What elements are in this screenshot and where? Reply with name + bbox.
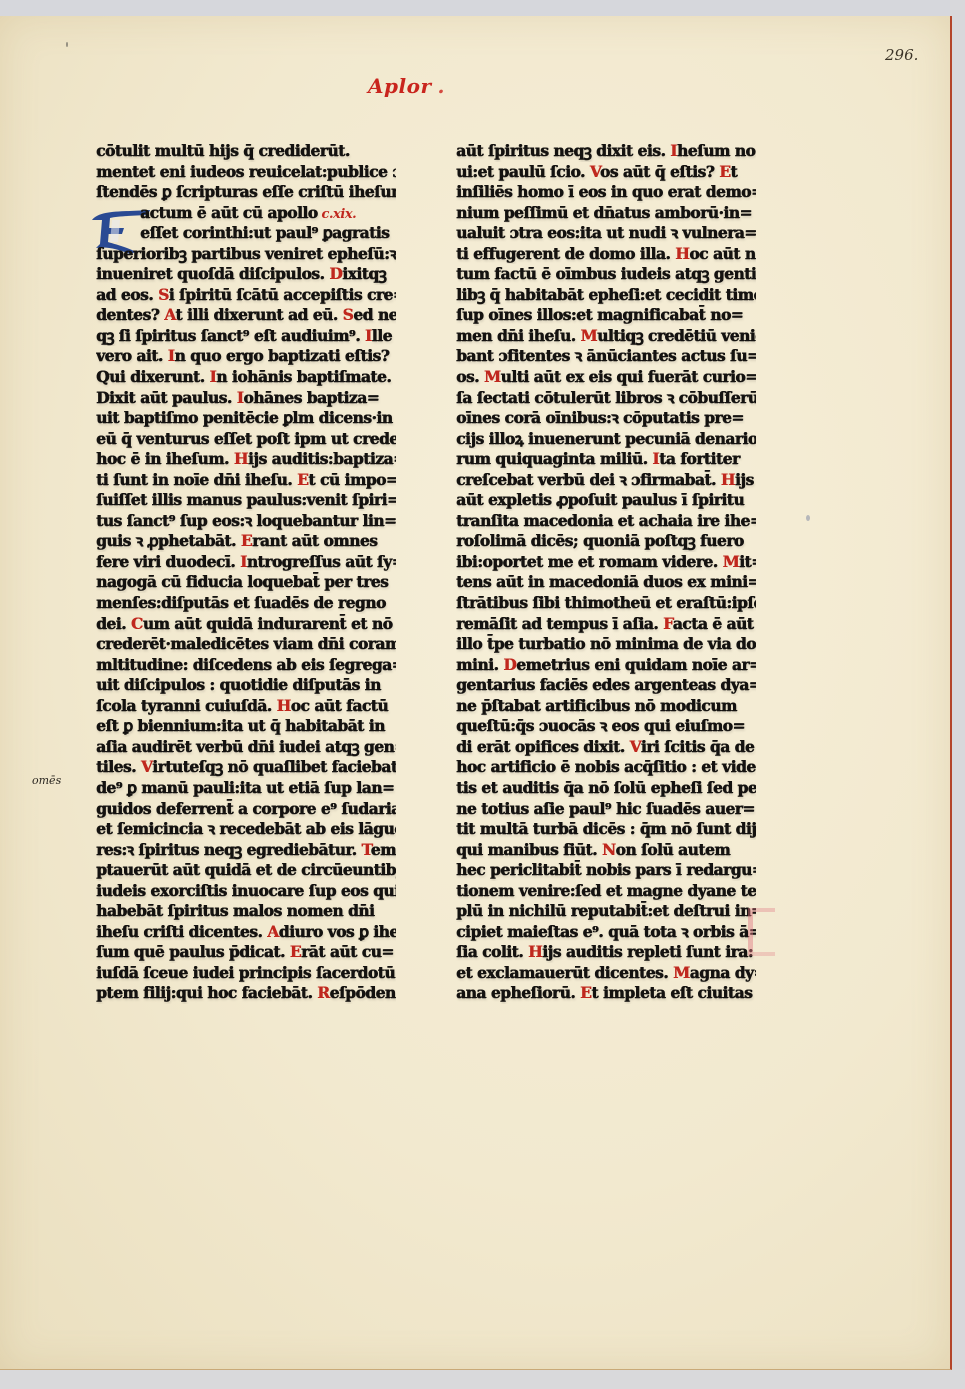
text-line: creſcebat verbū dei ꝛ ɔfirmabat̄. Hijs — [456, 470, 756, 491]
text-line: libꝫ q̄ habitabāt epheſi:et cecidit timo… — [456, 285, 756, 306]
line-text: cōtulit multū hijs q̄ crediderūt. — [96, 142, 350, 160]
line-text: ſia colit. Hijs auditis repleti ſunt ira… — [456, 943, 753, 961]
text-line: ſtendēs ꝑ ſcripturas eſſe criſtū iheſum. — [96, 182, 396, 203]
line-text: cijs illoꝝ inuenerunt pecuniā denario= — [456, 430, 756, 448]
line-text: guidos deferrent̄ a corpore e⁹ ſudaria — [96, 800, 396, 818]
line-text: aūt expletis ꝓpoſuit paulus ī ſpiritu — [456, 491, 744, 509]
line-text: ibi:oportet me et romam videre. Mit= — [456, 553, 756, 571]
line-text: et exclamauerūt dicentes. Magna dy= — [456, 964, 756, 982]
marginal-annotation: omēs — [32, 774, 61, 787]
line-text: eſſet corinthi:ut paul⁹ ꝑagratis — [140, 224, 389, 242]
text-line: inſiliēs homo ī eos in quo erat demo= — [456, 182, 756, 203]
text-line: tum factū ē oīmbus iudeis atqꝫ genti= — [456, 264, 756, 285]
rubricated-capital: M — [673, 964, 690, 982]
text-line: nagogā cū fiducia loquebat̄ per tres — [96, 572, 396, 593]
line-text: inueniret quoſdā diſcipulos. Dixitqꝫ — [96, 265, 386, 283]
line-text: creſcebat verbū dei ꝛ ɔfirmabat̄. Hijs — [456, 471, 754, 489]
folio-number: 296. — [885, 46, 918, 64]
line-text: ptem filij:qui hoc faciebāt. Reſpōdens — [96, 984, 396, 1002]
line-text: queſtū:q̄s ɔuocās ꝛ eos qui eiuſmo= — [456, 717, 745, 735]
text-line: men dn̄i iheſu. Multiqꝫ credētiū venie= — [456, 326, 756, 347]
text-line: vero ait. In quo ergo baptizati eſtis? — [96, 346, 396, 367]
text-line: eū q̄ venturus eſſet poſt ipm ut credere… — [96, 429, 396, 450]
line-text: aūt ſpiritus neqꝫ dixit eis. Iheſum no= — [456, 142, 756, 160]
rubricated-capital: D — [503, 656, 516, 674]
line-text: mini. Demetrius eni quidam noīe ar= — [456, 656, 756, 674]
text-line: rum quiquaginta miliū. Ita fortiter — [456, 449, 756, 470]
rubricated-capital: H — [675, 245, 689, 263]
line-text: tionem venire:ſed et magne dyane tem= — [456, 882, 756, 900]
rubricated-capital: E — [580, 984, 591, 1002]
parchment-speck — [806, 515, 810, 521]
text-line: uit baptiſmo penitēcie ꝑlm dicens·in — [96, 408, 396, 429]
text-column-left: cōtulit multū hijs q̄ crediderūt. mentet… — [96, 141, 396, 1004]
rubricated-capital: V — [590, 163, 600, 181]
line-text: roſolimā dicēs; quoniā poſtqꝫ fuero — [456, 532, 744, 550]
line-text: eū q̄ venturus eſſet poſt ipm ut credere… — [96, 430, 396, 448]
line-text: hoc artificio ē nobis acq̄ſitio : et vid… — [456, 758, 756, 776]
text-line: tionem venire:ſed et magne dyane tem= — [456, 881, 756, 902]
rubricated-capital: I — [365, 327, 372, 345]
rubricated-capital: I — [237, 389, 244, 407]
text-line: ad eos. Si ſpiritū ſcātū accepiſtis cre= — [96, 285, 396, 306]
rubricated-capital: H — [721, 471, 735, 489]
line-text: res:ꝛ ſpiritus neqꝫ egrediebātur. Tem= — [96, 841, 396, 859]
text-line: tiles. Virtuteſqꝫ nō quaſlibet faciebat — [96, 757, 396, 778]
running-head: Aplor. — [368, 74, 445, 98]
rubricated-capital: N — [602, 841, 616, 859]
rubricated-capital: E — [297, 471, 308, 489]
line-text: Dixit aūt paulus. Iohānes baptiza= — [96, 389, 379, 407]
text-line: ne totius aſie paul⁹ hic ſuadēs auer= — [456, 799, 756, 820]
line-text: ſtrātibus ſibi thimotheū et eraſtū:ipſe — [456, 594, 756, 612]
line-text: ti effugerent de domo illa. Hoc aūt no= — [456, 245, 756, 263]
text-line: ptem filij:qui hoc faciebāt. Reſpōdens — [96, 983, 396, 1004]
rubricated-capital: A — [164, 306, 175, 324]
rubricated-capital: V — [630, 738, 641, 756]
text-line: ana epheſiorū. Et impleta eſt ciuitas — [456, 983, 756, 1004]
line-text: mentet eni iudeos reuicelat:publice ɔ= — [96, 163, 396, 181]
text-line: tis et auditis q̄a nō ſolū epheſi ſed pe… — [456, 778, 756, 799]
line-text: ana epheſiorū. Et impleta eſt ciuitas — [456, 984, 752, 1002]
rubricated-capital: E — [290, 943, 301, 961]
rubricated-capital: H — [234, 450, 248, 468]
line-text: vero ait. In quo ergo baptizati eſtis? — [96, 347, 389, 365]
text-line: illo t̄pe turbatio nō minima de via do= — [456, 634, 756, 655]
line-text: ſuiſſet illis manus paulus:venit ſpiri= — [96, 491, 396, 509]
running-head-title: Aplor — [368, 74, 431, 98]
line-text: hoc ē in iheſum. Hijs auditis:baptiza= — [96, 450, 396, 468]
text-line: hoc artificio ē nobis acq̄ſitio : et vid… — [456, 757, 756, 778]
line-text: tis et auditis q̄a nō ſolū epheſi ſed pe… — [456, 779, 756, 797]
line-text: ptauerūt aūt quidā et de circūeuntibꝫ — [96, 861, 396, 879]
rubricated-capital: A — [267, 923, 279, 941]
line-text: dei. Cum aūt quidā indurarent̄ et nō — [96, 615, 392, 633]
line-text: gentarius faciēs edes argenteas dya= — [456, 676, 756, 694]
rubricated-capital: E — [241, 532, 252, 550]
scan-backdrop-right — [950, 0, 965, 1389]
line-text: eſt ꝑ biennium:ita ut q̄ habitabāt in — [96, 717, 385, 735]
rubricated-capital: S — [343, 306, 354, 324]
line-text: bant ɔfitentes ꝛ ānūciantes actus ſu= — [456, 347, 756, 365]
text-line: hec periclitabit̄ nobis pars ī redargu= — [456, 860, 756, 881]
line-text: ſcola tyranni cuiuſdā. Hoc aūt factū — [96, 697, 388, 715]
line-text: guis ꝛ ꝓphetabāt. Erant aūt omnes — [96, 532, 377, 550]
text-line: cijs illoꝝ inuenerunt pecuniā denario= — [456, 429, 756, 450]
rubricated-capital: V — [141, 758, 152, 776]
text-column-right: aūt ſpiritus neqꝫ dixit eis. Iheſum no=u… — [456, 141, 756, 1004]
line-text: inſiliēs homo ī eos in quo erat demo= — [456, 183, 756, 201]
text-line: actum ē aūt cū apolloc.xix. — [96, 203, 396, 224]
text-line: uit diſcipulos : quotidie diſputās in — [96, 675, 396, 696]
rubricated-capital: I — [168, 347, 175, 365]
line-text: remāſit ad tempus ī aſia. Facta ē aūt — [456, 615, 753, 633]
text-line: ſup oīnes illos:et magnificabat̄ no= — [456, 305, 756, 326]
text-line: fere viri duodecī. Introgreſſus aūt ſy= — [96, 552, 396, 573]
text-line: hoc ē in iheſum. Hijs auditis:baptiza= — [96, 449, 396, 470]
text-line: tens aūt in macedoniā duos ex mini= — [456, 572, 756, 593]
rubricated-capital: M — [580, 327, 597, 345]
rubricated-capital: M — [484, 368, 501, 386]
line-text: plū in nichilū reputabit̄:et deſtrui in= — [456, 902, 756, 920]
text-line: iuſdā ſceue iudei principis ſacerdotū ſe… — [96, 963, 396, 984]
chapter-marker: c.xix. — [322, 207, 357, 222]
line-text: tus ſanct⁹ ſup eos:ꝛ loquebantur lin= — [96, 512, 396, 530]
text-line: ti ſunt in noīe dn̄i iheſu. Et cū impo= — [96, 470, 396, 491]
line-text: crederēt·maledicētes viam dn̄i coram — [96, 635, 396, 653]
line-text: hec periclitabit̄ nobis pars ī redargu= — [456, 861, 756, 879]
line-text: de⁹ ꝑ manū pauli:ita ut etiā ſup lan= — [96, 779, 394, 797]
text-line: inueniret quoſdā diſcipulos. Dixitqꝫ — [96, 264, 396, 285]
line-text: iudeis exorciſtis inuocare ſup eos qui — [96, 882, 396, 900]
text-line: di erāt opifices dixit. Viri ſcitis q̄a … — [456, 737, 756, 758]
line-text: ui:et paulū ſcio. Vos aūt q̄ eſtis? Et — [456, 163, 737, 181]
text-line: tranſita macedonia et achaia ire ihe= — [456, 511, 756, 532]
text-line: habebāt ſpiritus malos nomen dn̄i — [96, 901, 396, 922]
text-line: et exclamauerūt dicentes. Magna dy= — [456, 963, 756, 984]
line-text: fere viri duodecī. Introgreſſus aūt ſy= — [96, 553, 396, 571]
line-text: ſum quē paulus p̄dicat. Erāt aūt cu= — [96, 943, 394, 961]
rubricated-capital: R — [317, 984, 329, 1002]
line-text: uit baptiſmo penitēcie ꝑlm dicens·in — [96, 409, 392, 427]
text-line: cipiet maieſtas e⁹. quā tota ꝛ orbis ā= — [456, 922, 756, 943]
line-text: tiles. Virtuteſqꝫ nō quaſlibet faciebat — [96, 758, 396, 776]
text-line: oīnes corā oīnibus:ꝛ cōputatis pre= — [456, 408, 756, 429]
rubricated-capital: I — [209, 368, 216, 386]
text-line: qꝫ ſi ſpiritus ſanct⁹ eſt audiuim⁹. Ille — [96, 326, 396, 347]
text-line: cōtulit multū hijs q̄ crediderūt. — [96, 141, 396, 162]
text-line: ſuperioribꝫ partibus veniret epheſū:ꝛ — [96, 244, 396, 265]
text-line: tus ſanct⁹ ſup eos:ꝛ loquebantur lin= — [96, 511, 396, 532]
text-line: de⁹ ꝑ manū pauli:ita ut etiā ſup lan= — [96, 778, 396, 799]
line-text: nium peſſimū et dn̄atus amborū·in= — [456, 204, 752, 222]
text-line: ptauerūt aūt quidā et de circūeuntibꝫ — [96, 860, 396, 881]
text-line: ſuiſſet illis manus paulus:venit ſpiri= — [96, 490, 396, 511]
line-text: ſup oīnes illos:et magnificabat̄ no= — [456, 306, 743, 324]
line-text: menſes:diſputās et ſuadēs de regno — [96, 594, 386, 612]
line-text: ſa ſectati cōtulerūt libros ꝛ cōbuſſerūt — [456, 389, 756, 407]
line-text: tit multā turbā dicēs : q̄m nō ſunt dij — [456, 820, 756, 838]
line-text: qꝫ ſi ſpiritus ſanct⁹ eſt audiuim⁹. Ille — [96, 327, 392, 345]
text-line: res:ꝛ ſpiritus neqꝫ egrediebātur. Tem= — [96, 840, 396, 861]
text-line: Dixit aūt paulus. Iohānes baptiza= — [96, 388, 396, 409]
scan-backdrop-bottom — [0, 1369, 965, 1389]
line-text: ne p̄ſtabat artificibus nō modicum — [456, 697, 737, 715]
text-line: mltitudine: diſcedens ab eis ſegrega= — [96, 655, 396, 676]
line-text: rum quiquaginta miliū. Ita fortiter — [456, 450, 740, 468]
text-line: menſes:diſputās et ſuadēs de regno — [96, 593, 396, 614]
text-line: remāſit ad tempus ī aſia. Facta ē aūt — [456, 614, 756, 635]
text-line: mentet eni iudeos reuicelat:publice ɔ= — [96, 162, 396, 183]
text-line: aūt ſpiritus neqꝫ dixit eis. Iheſum no= — [456, 141, 756, 162]
text-line: nium peſſimū et dn̄atus amborū·in= — [456, 203, 756, 224]
text-line: ſia colit. Hijs auditis repleti ſunt ira… — [456, 942, 756, 963]
text-line: aūt expletis ꝓpoſuit paulus ī ſpiritu — [456, 490, 756, 511]
text-line: ne p̄ſtabat artificibus nō modicum — [456, 696, 756, 717]
text-line: ui:et paulū ſcio. Vos aūt q̄ eſtis? Et — [456, 162, 756, 183]
parchment-speck — [66, 42, 68, 47]
rubricated-capital: I — [670, 142, 677, 160]
rubricated-capital: M — [722, 553, 739, 571]
line-text: cipiet maieſtas e⁹. quā tota ꝛ orbis ā= — [456, 923, 756, 941]
line-text: libꝫ q̄ habitabāt epheſi:et cecidit timo… — [456, 286, 756, 304]
line-text: ne totius aſie paul⁹ hic ſuadēs auer= — [456, 800, 755, 818]
line-text: ſtendēs ꝑ ſcripturas eſſe criſtū iheſum. — [96, 183, 396, 201]
line-text: tens aūt in macedoniā duos ex mini= — [456, 573, 756, 591]
text-line: ſtrātibus ſibi thimotheū et eraſtū:ipſe — [456, 593, 756, 614]
line-text: qui manibus fiūt. Non ſolū autem — [456, 841, 730, 859]
rubricated-capital: I — [240, 553, 247, 571]
rubricated-capital: C — [131, 615, 143, 633]
line-text: ſuperioribꝫ partibus veniret epheſū:ꝛ — [96, 245, 396, 263]
text-line: ſcola tyranni cuiuſdā. Hoc aūt factū — [96, 696, 396, 717]
text-line: os. Multi aūt ex eis qui fuerāt curio= — [456, 367, 756, 388]
text-line: guis ꝛ ꝓphetabāt. Erant aūt omnes — [96, 531, 396, 552]
line-text: ad eos. Si ſpiritū ſcātū accepiſtis cre= — [96, 286, 396, 304]
text-line: tit multā turbā dicēs : q̄m nō ſunt dij — [456, 819, 756, 840]
text-line: plū in nichilū reputabit̄:et deſtrui in= — [456, 901, 756, 922]
line-text: Qui dixerunt. In iohānis baptiſmate. — [96, 368, 391, 386]
text-line: ſa ſectati cōtulerūt libros ꝛ cōbuſſerūt — [456, 388, 756, 409]
rubricated-capital: F — [663, 615, 673, 633]
text-line: ualuit ɔtra eos:ita ut nudi ꝛ vulnera= — [456, 223, 756, 244]
line-text: actum ē aūt cū apollo — [140, 204, 318, 222]
line-text: tum factū ē oīmbus iudeis atqꝫ genti= — [456, 265, 756, 283]
line-text: et ſemicincia ꝛ recedebāt ab eis lāguo= — [96, 820, 396, 838]
text-line: guidos deferrent̄ a corpore e⁹ ſudaria — [96, 799, 396, 820]
text-line: queſtū:q̄s ɔuocās ꝛ eos qui eiuſmo= — [456, 716, 756, 737]
running-head-mark: . — [437, 74, 444, 98]
text-line: ti effugerent de domo illa. Hoc aūt no= — [456, 244, 756, 265]
line-text: men dn̄i iheſu. Multiqꝫ credētiū venie= — [456, 327, 756, 345]
rubricated-capital: D — [329, 265, 342, 283]
line-text: mltitudine: diſcedens ab eis ſegrega= — [96, 656, 396, 674]
text-line: qui manibus fiūt. Non ſolū autem — [456, 840, 756, 861]
text-line: Qui dixerunt. In iohānis baptiſmate. — [96, 367, 396, 388]
rubricated-capital: T — [361, 841, 370, 859]
text-line: ſum quē paulus p̄dicat. Erāt aūt cu= — [96, 942, 396, 963]
line-text: aſia audirēt verbū dn̄i iudei atqꝫ gen= — [96, 738, 396, 756]
text-line: bant ɔfitentes ꝛ ānūciantes actus ſu= — [456, 346, 756, 367]
text-line: eſt ꝑ biennium:ita ut q̄ habitabāt in — [96, 716, 396, 737]
rubricated-capital: H — [528, 943, 542, 961]
text-line: et ſemicincia ꝛ recedebāt ab eis lāguo= — [96, 819, 396, 840]
text-line: dei. Cum aūt quidā indurarent̄ et nō — [96, 614, 396, 635]
line-text: dentes? At illi dixerunt ad eū. Sed ne= — [96, 306, 396, 324]
line-text: di erāt opifices dixit. Viri ſcitis q̄a … — [456, 738, 754, 756]
line-text: iheſu criſti dicentes. Adiuro vos ꝑ ihe= — [96, 923, 396, 941]
text-line: mini. Demetrius eni quidam noīe ar= — [456, 655, 756, 676]
text-line: iheſu criſti dicentes. Adiuro vos ꝑ ihe= — [96, 922, 396, 943]
offset-ink-mark — [748, 908, 775, 956]
rubricated-capital: H — [276, 697, 290, 715]
line-text: ualuit ɔtra eos:ita ut nudi ꝛ vulnera= — [456, 224, 756, 242]
line-text: os. Multi aūt ex eis qui fuerāt curio= — [456, 368, 756, 386]
line-text: illo t̄pe turbatio nō minima de via do= — [456, 635, 756, 653]
line-text: ti ſunt in noīe dn̄i iheſu. Et cū impo= — [96, 471, 396, 489]
text-line: gentarius faciēs edes argenteas dya= — [456, 675, 756, 696]
line-text: nagogā cū fiducia loquebat̄ per tres — [96, 573, 388, 591]
rubricated-capital: I — [652, 450, 659, 468]
text-line: dentes? At illi dixerunt ad eū. Sed ne= — [96, 305, 396, 326]
text-line: ibi:oportet me et romam videre. Mit= — [456, 552, 756, 573]
line-text: oīnes corā oīnibus:ꝛ cōputatis pre= — [456, 409, 744, 427]
rubricated-capital: S — [158, 286, 169, 304]
text-line: crederēt·maledicētes viam dn̄i coram — [96, 634, 396, 655]
text-line: aſia audirēt verbū dn̄i iudei atqꝫ gen= — [96, 737, 396, 758]
text-line: roſolimā dicēs; quoniā poſtqꝫ fuero — [456, 531, 756, 552]
line-text: iuſdā ſceue iudei principis ſacerdotū ſe… — [96, 964, 396, 982]
rubricated-capital: E — [719, 163, 730, 181]
text-line: eſſet corinthi:ut paul⁹ ꝑagratis — [96, 223, 396, 244]
line-text: uit diſcipulos : quotidie diſputās in — [96, 676, 381, 694]
text-line: iudeis exorciſtis inuocare ſup eos qui — [96, 881, 396, 902]
line-text: tranſita macedonia et achaia ire ihe= — [456, 512, 756, 530]
line-text: habebāt ſpiritus malos nomen dn̄i — [96, 902, 374, 920]
